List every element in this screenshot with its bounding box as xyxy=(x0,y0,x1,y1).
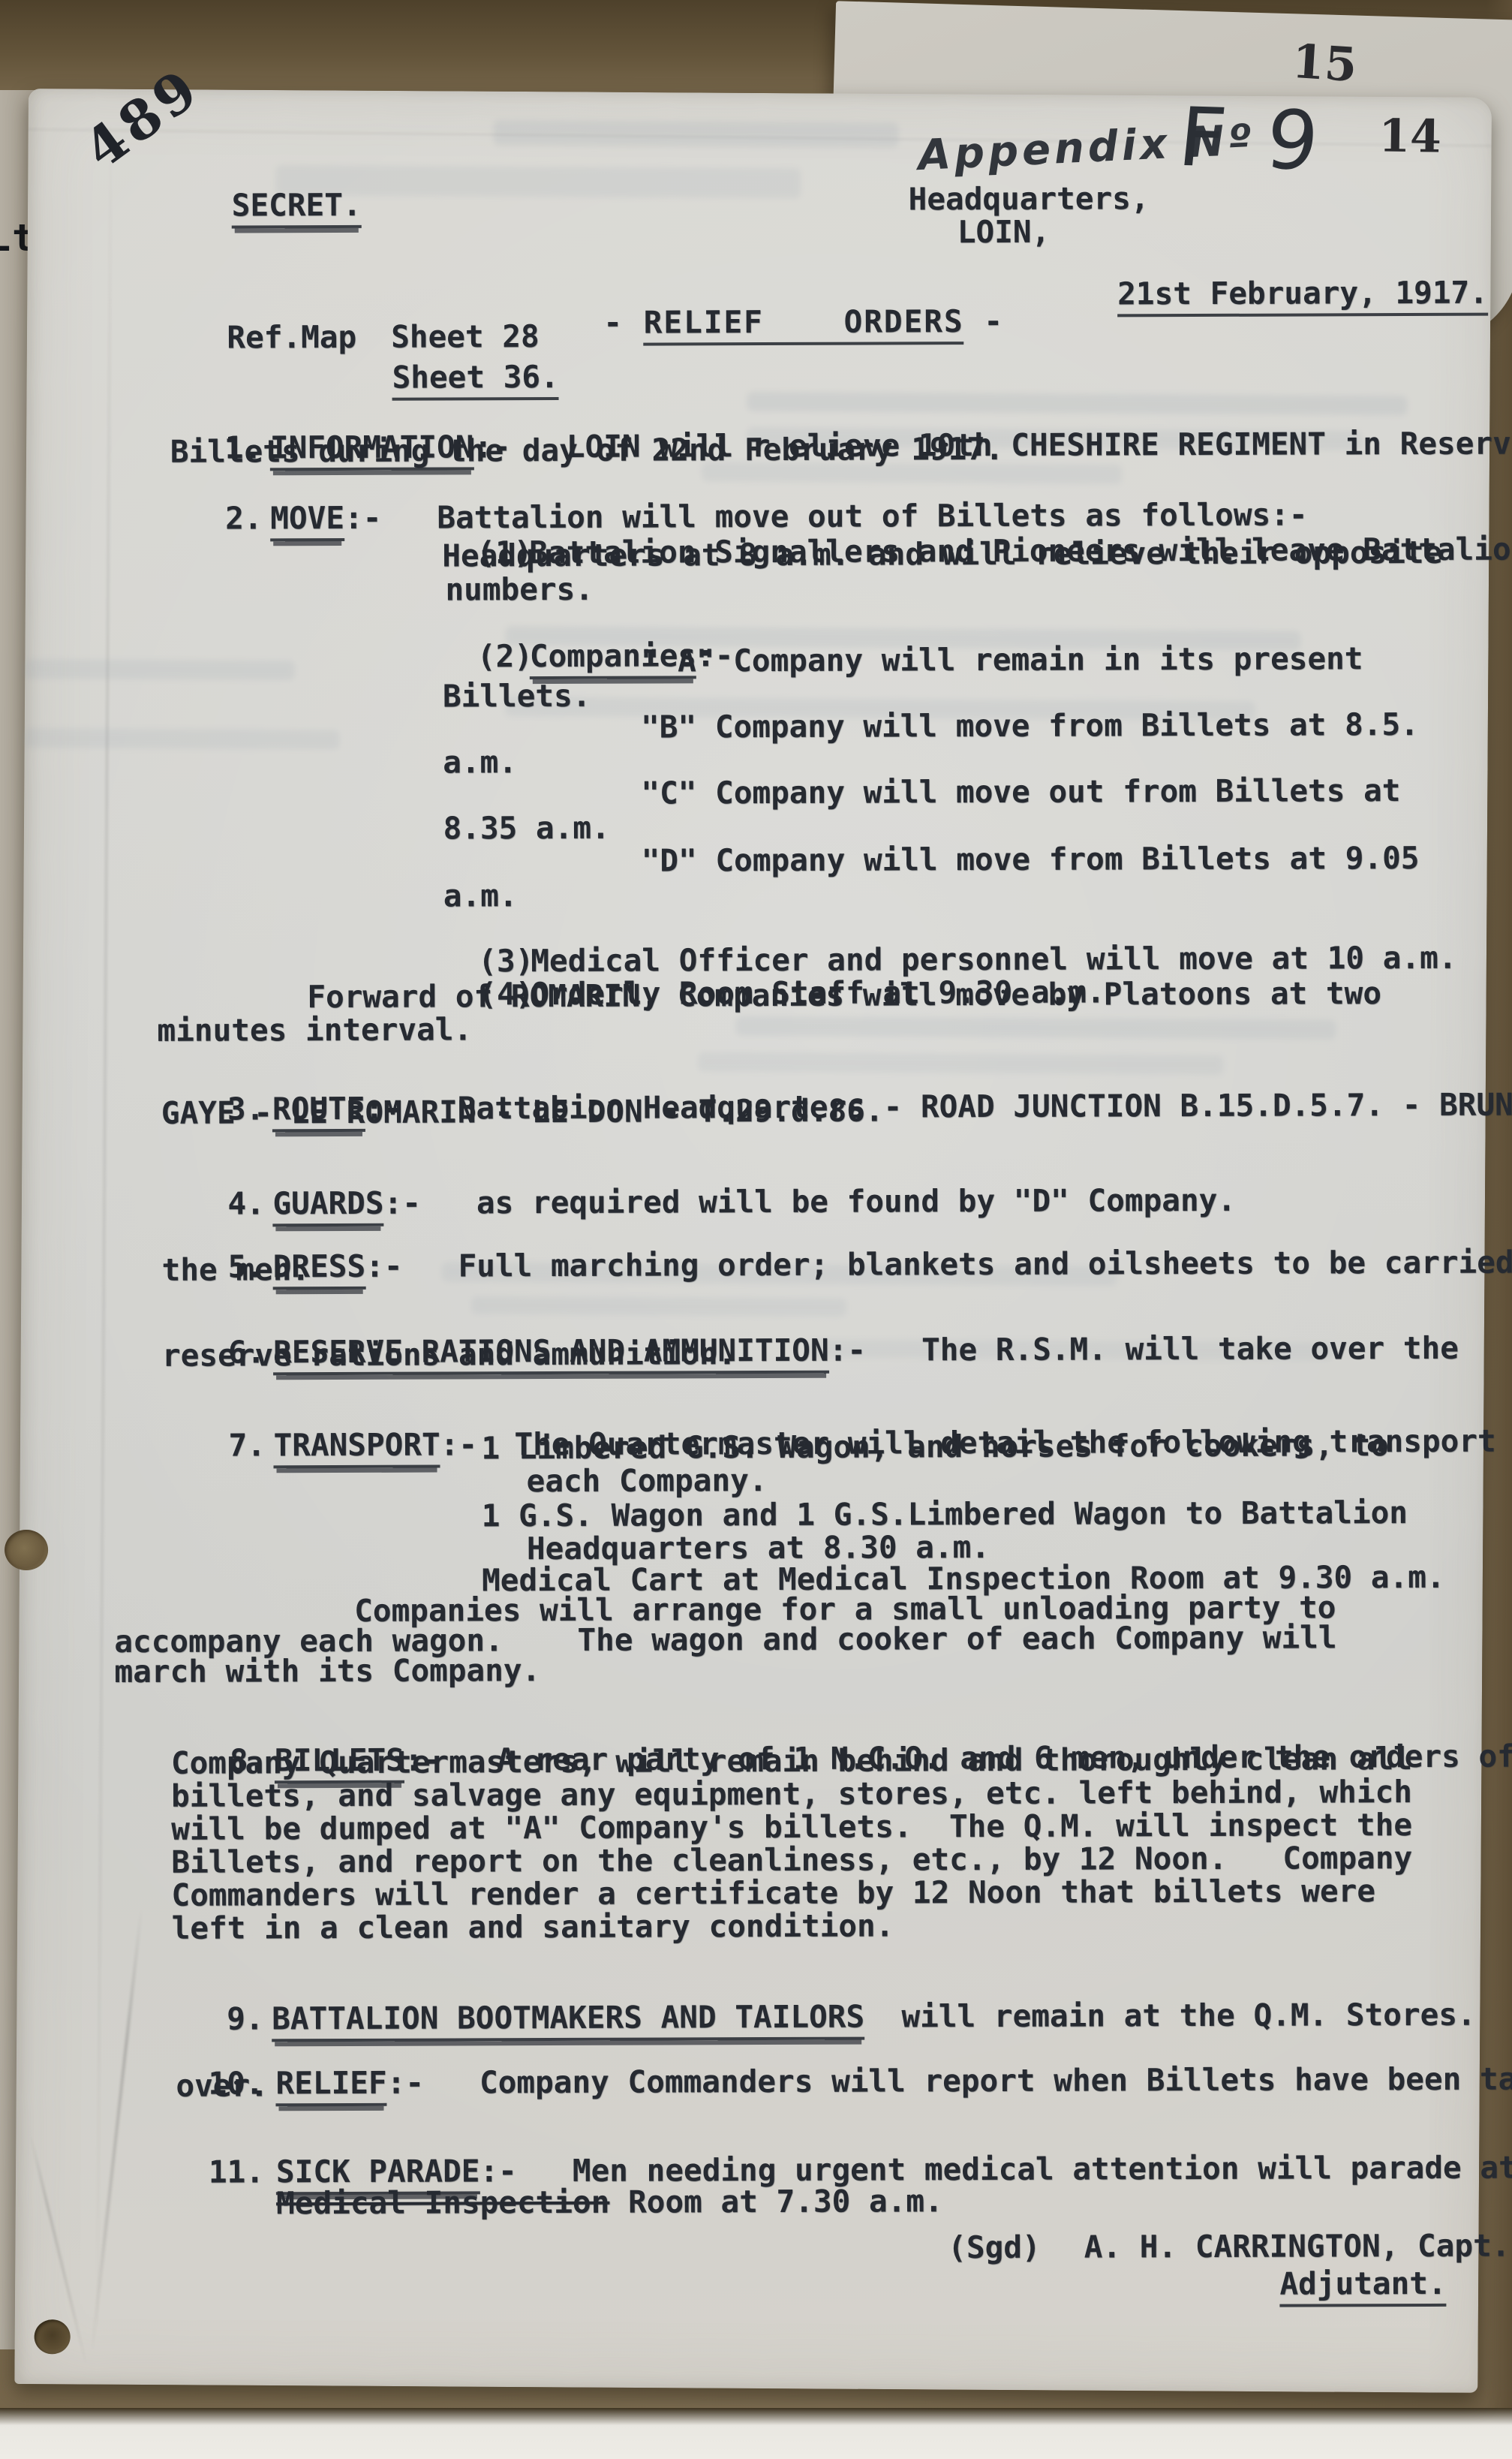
hq-line3: 21st February, 1917. xyxy=(1006,247,1488,310)
document-scan: { "annotations": { "file_number": "489",… xyxy=(0,0,1512,2459)
company-d: "D" Company will move from Billets at 9.… xyxy=(642,843,1420,877)
company-a: " A" Company will remain in its present xyxy=(641,643,1363,676)
order-4: 4.GUARDS:- as required will be found by … xyxy=(116,1154,1236,1220)
order-8-cont: billets, and salvage any equipment, stor… xyxy=(171,1777,1412,1812)
company-b-cont: a.m. xyxy=(443,747,517,778)
order-2-note-cont: minutes interval. xyxy=(157,1014,472,1046)
classification: SECRET. xyxy=(120,159,361,221)
order-7-n2: accompany each wagon. The wagon and cook… xyxy=(114,1622,1336,1657)
typed-content: 489 Appendix Nº F 9 14 SECRET. Headquart… xyxy=(26,86,1498,2387)
order-8-cont: Company Quartermasters, will remain behi… xyxy=(171,1744,1412,1779)
order-6-cont: reserve rations and ammunition. xyxy=(162,1338,736,1371)
order-5: 5.DRESS:- Full marching order; blankets … xyxy=(116,1216,1512,1283)
appendix-number-handwritten: F 9 xyxy=(1174,91,1330,189)
company-c: "C" Company will move out from Billets a… xyxy=(641,775,1400,809)
order-7-t2: 1 G.S. Wagon and 1 G.S.Limbered Wagon to… xyxy=(482,1497,1408,1531)
company-a-cont: Billets. xyxy=(443,681,591,712)
order-10-cont: over. xyxy=(176,2070,269,2101)
back-page-number: 15 xyxy=(1291,34,1359,92)
order-8-cont: left in a clean and sanitary condition. xyxy=(172,1910,894,1943)
order-5-cont: the men. xyxy=(162,1254,311,1286)
order-2-note: Forward of ROMARIN, Companies will move … xyxy=(307,978,1381,1013)
order-7-n3: march with its Company. xyxy=(114,1655,540,1687)
page-number: 14 xyxy=(1378,110,1441,163)
company-c-cont: 8.35 a.m. xyxy=(443,813,609,844)
signature-role: Adjutant. xyxy=(1168,2238,1447,2300)
scan-bottom-strip xyxy=(0,2408,1512,2459)
relief-orders-sheet: 489 Appendix Nº F 9 14 SECRET. Headquart… xyxy=(14,89,1492,2393)
order-2-sub1-cont: Headquarters at 8 a.m. and will relieve … xyxy=(442,537,1442,572)
order-7-t1: 1 Limbered G.S. Wagon, and horses for co… xyxy=(481,1430,1389,1464)
order-10: 10.RELIEF:- Company Commanders will repo… xyxy=(97,2033,1512,2099)
order-8-cont: Billets, and report on the cleanliness, … xyxy=(171,1843,1412,1878)
order-7-t1-cont: each Company. xyxy=(527,1465,768,1497)
order-7-t2-cont: Headquarters at 8.30 a.m. xyxy=(527,1532,990,1564)
order-8-cont: will be dumped at "A" Company's billets.… xyxy=(171,1810,1412,1845)
order-8-cont: Commanders will render a certificate by … xyxy=(171,1876,1375,1911)
order-9: 9.BATTALION BOOTMAKERS AND TAILORS will … xyxy=(116,1969,1476,2035)
hq-line1: Headquarters, xyxy=(909,183,1150,215)
document-title: - RELIEF ORDERS - xyxy=(483,275,1004,339)
company-d-cont: a.m. xyxy=(443,880,518,911)
order-11-cont: Medical Inspection Room at 7.30 a.m. xyxy=(165,2155,943,2220)
order-1-cont: Billets during the day of 22nd February … xyxy=(170,434,1004,468)
order-3-cont: GAYE - LE ROMARIN - LE DON - T.29.d.86. xyxy=(161,1095,884,1128)
company-b: "B" Company will move from Billets at 8.… xyxy=(641,709,1419,743)
hq-line2: LOIN, xyxy=(957,217,1051,248)
order-2-sub1-cont: numbers. xyxy=(445,574,594,606)
